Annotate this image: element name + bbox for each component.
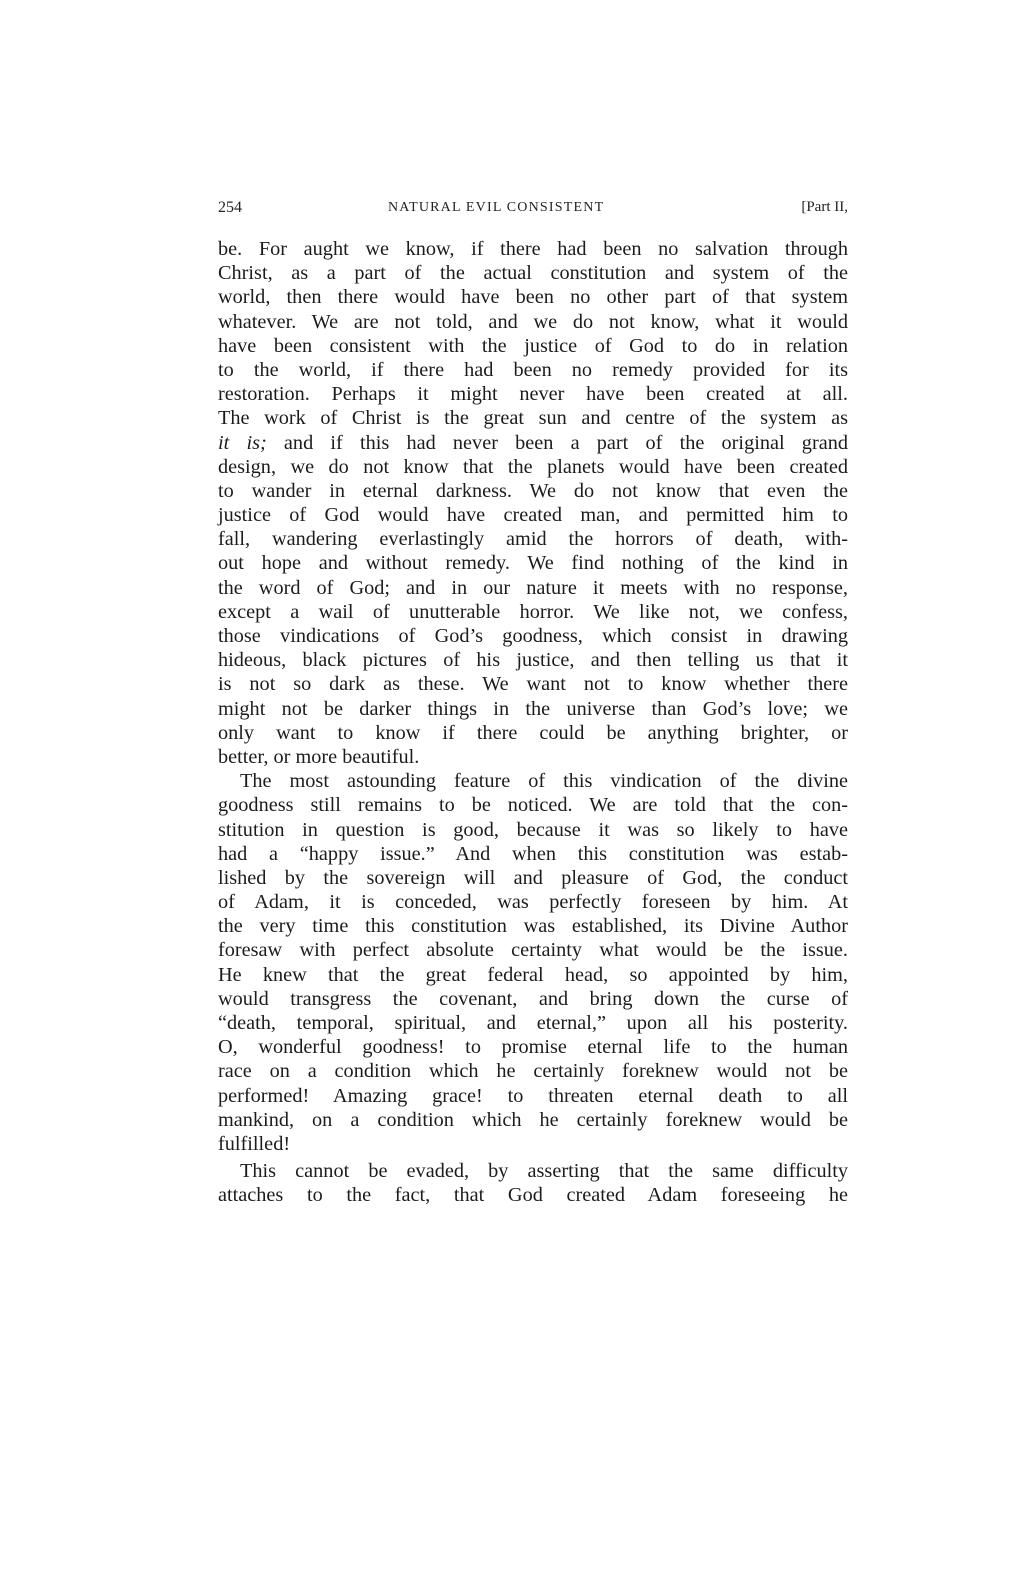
text-line: The work of Christ is the great sun and … — [218, 406, 848, 430]
text-line: mankind, on a condition which he certain… — [218, 1108, 848, 1132]
text-line: design, we do not know that the planets … — [218, 455, 848, 479]
text-line: to the world, if there had been no remed… — [218, 358, 848, 382]
text-line: only want to know if there could be anyt… — [218, 721, 848, 745]
text-line: fulfilled! — [218, 1132, 848, 1156]
book-page: 254 NATURAL EVIL CONSISTENT [Part II, be… — [0, 0, 1011, 1580]
text-line: world, then there would have been no oth… — [218, 285, 848, 309]
text-line-rest: and if this had never been a part of the… — [284, 432, 848, 454]
running-title: NATURAL EVIL CONSISTENT — [388, 200, 604, 216]
paragraph-3: This cannot be evaded, by asserting that… — [218, 1159, 848, 1207]
italic-phrase: it is; — [218, 432, 267, 454]
paragraph-1: be. For aught we know, if there had been… — [218, 237, 848, 769]
text-line-with-italic: it is; and if this had never been a part… — [218, 431, 848, 455]
text-line: foresaw with perfect absolute certainty … — [218, 938, 848, 962]
text-line: fall, wandering everlastingly amid the h… — [218, 527, 848, 551]
part-label: [Part II, — [801, 199, 848, 216]
running-header: 254 NATURAL EVIL CONSISTENT [Part II, — [218, 199, 848, 223]
page-body: be. For aught we know, if there had been… — [218, 237, 848, 1208]
text-line: had a “happy issue.” And when this const… — [218, 842, 848, 866]
text-line: the very time this constitution was esta… — [218, 914, 848, 938]
text-line: This cannot be evaded, by asserting that… — [218, 1159, 848, 1183]
text-line: would transgress the covenant, and bring… — [218, 987, 848, 1011]
text-line: be. For aught we know, if there had been… — [218, 237, 848, 261]
text-line: might not be darker things in the univer… — [218, 697, 848, 721]
paragraph-2: The most astounding feature of this vind… — [218, 769, 848, 1156]
text-line: lished by the sovereign will and pleasur… — [218, 866, 848, 890]
text-line: better, or more beautiful. — [218, 745, 848, 769]
text-line: hideous, black pictures of his justice, … — [218, 648, 848, 672]
text-line: restoration. Perhaps it might never have… — [218, 382, 848, 406]
text-line: The most astounding feature of this vind… — [218, 769, 848, 793]
text-line: justice of God would have created man, a… — [218, 503, 848, 527]
text-line: have been consistent with the justice of… — [218, 334, 848, 358]
page-number: 254 — [218, 199, 242, 217]
text-line: O, wonderful goodness! to promise eterna… — [218, 1035, 848, 1059]
text-line: race on a condition which he certainly f… — [218, 1059, 848, 1083]
text-line: to wander in eternal darkness. We do not… — [218, 479, 848, 503]
text-line: He knew that the great federal head, so … — [218, 963, 848, 987]
text-line: whatever. We are not told, and we do not… — [218, 310, 848, 334]
text-line: performed! Amazing grace! to threaten et… — [218, 1084, 848, 1108]
text-line: goodness still remains to be noticed. We… — [218, 793, 848, 817]
text-line: stitution in question is good, because i… — [218, 818, 848, 842]
text-line: those vindications of God’s goodness, wh… — [218, 624, 848, 648]
text-line: except a wail of unutterable horror. We … — [218, 600, 848, 624]
text-line: attaches to the fact, that God created A… — [218, 1183, 848, 1207]
text-line: the word of God; and in our nature it me… — [218, 576, 848, 600]
text-line: “death, temporal, spiritual, and eternal… — [218, 1011, 848, 1035]
text-line: Christ, as a part of the actual constitu… — [218, 261, 848, 285]
text-line: of Adam, it is conceded, was perfectly f… — [218, 890, 848, 914]
text-line: out hope and without remedy. We find not… — [218, 551, 848, 575]
text-line: is not so dark as these. We want not to … — [218, 672, 848, 696]
